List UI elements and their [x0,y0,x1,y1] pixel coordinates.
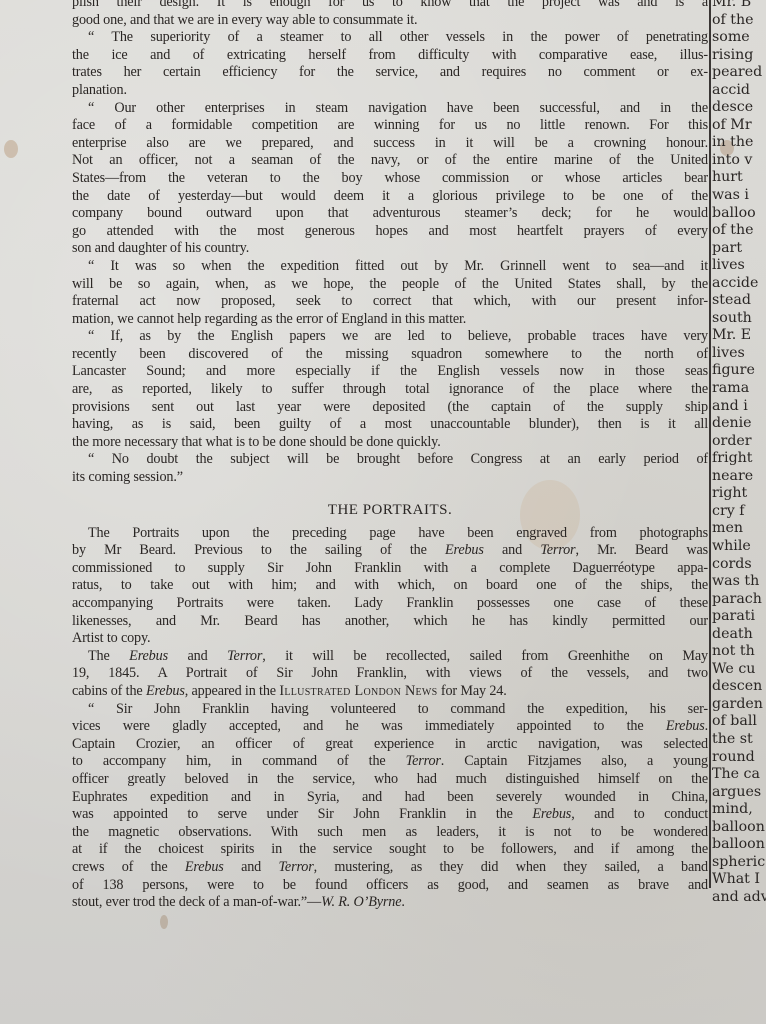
paragraph: plish their design. It is enough for us … [72,0,708,29]
right-column-line: round [712,749,766,767]
text-line: Euphrates expedition and in Syria, and h… [72,789,708,807]
text-line: to accompany him, in command of the Terr… [72,753,708,771]
text-line: its coming session.” [72,469,708,487]
text-line: The Erebus and Terror, it will be recoll… [72,648,708,666]
right-column-line: peared [712,64,766,82]
right-column-line: accide [712,275,766,293]
right-column-line: stead [712,292,766,310]
right-column-line: of the [712,12,766,30]
right-column-line: part [712,240,766,258]
right-column-line: order [712,433,766,451]
italic-ship-name: W. R. O’Byrne [321,894,401,910]
right-column-line: figure [712,362,766,380]
text-line: provisions sent out last year were depos… [72,399,708,417]
text-line: planation. [72,82,708,100]
text-line: the magnetic observations. With such men… [72,824,708,842]
text-line: the more necessary that what is to be do… [72,434,708,452]
italic-ship-name: Terror [279,859,314,875]
text-line: “ It was so when the expedition fitted o… [72,258,708,276]
right-column-line: of the [712,222,766,240]
text-line: ratus, to take out with him; and with wh… [72,577,708,595]
italic-ship-name: Erebus [532,806,571,822]
text-line: plish their design. It is enough for us … [72,0,708,12]
right-column-line: and i [712,398,766,416]
text-line: company bound outward upon that adventur… [72,205,708,223]
text-line: “ No doubt the subject will be brought b… [72,451,708,469]
right-column-line: of ball [712,713,766,731]
text-line: Artist to copy. [72,630,708,648]
italic-ship-name: Terror [406,753,441,769]
text-line: good one, and that we are in every way a… [72,12,708,30]
text-line: at if the choicest spirits in the servic… [72,841,708,859]
right-column-line: lives [712,345,766,363]
text-line: go attended with the most generous hopes… [72,223,708,241]
right-column-line: of Mr [712,117,766,135]
text-line: having, as is said, been guilty of a mos… [72,416,708,434]
section-heading: THE PORTRAITS. [72,501,708,519]
text-line: trates her certain efficiency for the se… [72,64,708,82]
right-column-line: in the [712,134,766,152]
italic-ship-name: Erebus [666,718,705,734]
text-line: will be so again, when, as we hope, the … [72,276,708,294]
text-line: “ Sir John Franklin having volunteered t… [72,701,708,719]
right-column-line: was i [712,187,766,205]
right-column-line: some [712,29,766,47]
right-column-line: death [712,626,766,644]
paragraph: “ No doubt the subject will be brought b… [72,451,708,486]
text-line: by Mr Beard. Previous to the sailing of … [72,542,708,560]
text-line: “ If, as by the English papers we are le… [72,328,708,346]
right-column-line: garden [712,696,766,714]
text-line: recently been discovered of the missing … [72,346,708,364]
text-line: the ice and of extricating herself from … [72,47,708,65]
right-column-line: Mr. E [712,327,766,345]
right-column-line: south [712,310,766,328]
right-column-line: balloon [712,836,766,854]
right-column-line: mind, [712,801,766,819]
paragraph: “ Sir John Franklin having volunteered t… [72,701,708,912]
right-column-line: hurt [712,169,766,187]
right-column-line: into v [712,152,766,170]
right-column-line: and adv [712,889,766,907]
text-line: Lancaster Sound; and more especially if … [72,363,708,381]
right-column-line: cry f [712,503,766,521]
paragraph: “ Our other enterprises in steam navigat… [72,100,708,258]
text-line: enterprise also are we prepared, and suc… [72,135,708,153]
right-column-line: rising [712,47,766,65]
text-line: are, as reported, likely to suffer throu… [72,381,708,399]
italic-ship-name: Erebus [185,859,224,875]
newspaper-page: plish their design. It is enough for us … [0,0,766,1024]
right-column-line: balloo [712,205,766,223]
right-column-line: lives [712,257,766,275]
text-line: Captain Crozier, an officer of great exp… [72,736,708,754]
right-column-line: not th [712,643,766,661]
text-line: face of a formidable competition are win… [72,117,708,135]
italic-ship-name: Terror [540,542,575,558]
portraits-article: The Portraits upon the preceding page ha… [72,525,708,912]
text-line: son and daughter of his country. [72,240,708,258]
right-column-line: neare [712,468,766,486]
right-column-line: parati [712,608,766,626]
text-line: of 138 persons, were to be found officer… [72,877,708,895]
paragraph: The Portraits upon the preceding page ha… [72,525,708,648]
right-column-line: men [712,520,766,538]
text-line: likenesses, and Mr. Beard has another, w… [72,613,708,631]
right-column-line: What I [712,871,766,889]
right-column-line: Mr. B [712,0,766,12]
paragraph: “ The superiority of a steamer to all ot… [72,29,708,99]
right-column-line: parach [712,591,766,609]
text-line: officer greatly beloved in the service, … [72,771,708,789]
right-column-line: balloon [712,819,766,837]
text-line: vices were gladly accepted, and he was i… [72,718,708,736]
right-column-line: cords [712,556,766,574]
right-column-line: fright [712,450,766,468]
text-line: cabins of the Erebus, appeared in the Il… [72,683,708,701]
text-line: was appointed to serve under Sir John Fr… [72,806,708,824]
text-line: fraternal act now proposed, seek to corr… [72,293,708,311]
column-rule [709,0,711,888]
right-column-line: desce [712,99,766,117]
text-line: stout, ever trod the deck of a man-of-wa… [72,894,708,912]
right-column-line: the st [712,731,766,749]
text-line: States—from the veteran to the boy whose… [72,170,708,188]
text-line: commissioned to supply Sir John Franklin… [72,560,708,578]
text-line: the date of yesterday—but would deem it … [72,188,708,206]
paragraph: “ If, as by the English papers we are le… [72,328,708,451]
italic-ship-name: Erebus [129,648,168,664]
right-column-line: right [712,485,766,503]
right-column-line: denie [712,415,766,433]
paper-stain [4,140,18,158]
right-column-line: descen [712,678,766,696]
right-column-line: rama [712,380,766,398]
right-column-line: was th [712,573,766,591]
text-line: “ The superiority of a steamer to all ot… [72,29,708,47]
american-expedition-article: plish their design. It is enough for us … [72,0,708,487]
text-line: The Portraits upon the preceding page ha… [72,525,708,543]
right-column-line: spheric [712,854,766,872]
right-column-line: accid [712,82,766,100]
paper-stain [160,915,168,929]
italic-ship-name: Erebus [146,683,185,699]
right-column-line: while [712,538,766,556]
text-line: mation, we cannot help regarding as the … [72,311,708,329]
italic-ship-name: Terror [227,648,262,664]
paragraph: The Erebus and Terror, it will be recoll… [72,648,708,701]
text-line: “ Our other enterprises in steam navigat… [72,100,708,118]
right-column-line: We cu [712,661,766,679]
text-line: 19, 1845. A Portrait of Sir John Frankli… [72,665,708,683]
right-column-line: argues [712,784,766,802]
paragraph: “ It was so when the expedition fitted o… [72,258,708,328]
publication-name: Illustrated London News [279,683,437,699]
italic-ship-name: Erebus [445,542,484,558]
text-line: crews of the Erebus and Terror, musterin… [72,859,708,877]
text-line: Not an officer, not a seaman of the navy… [72,152,708,170]
right-column-line: The ca [712,766,766,784]
text-line: accompanying Portraits were taken. Lady … [72,595,708,613]
right-column-fragment: Mr. Bof thesomerisingpearedacciddesceof … [712,0,766,906]
main-article-column: plish their design. It is enough for us … [72,0,708,912]
